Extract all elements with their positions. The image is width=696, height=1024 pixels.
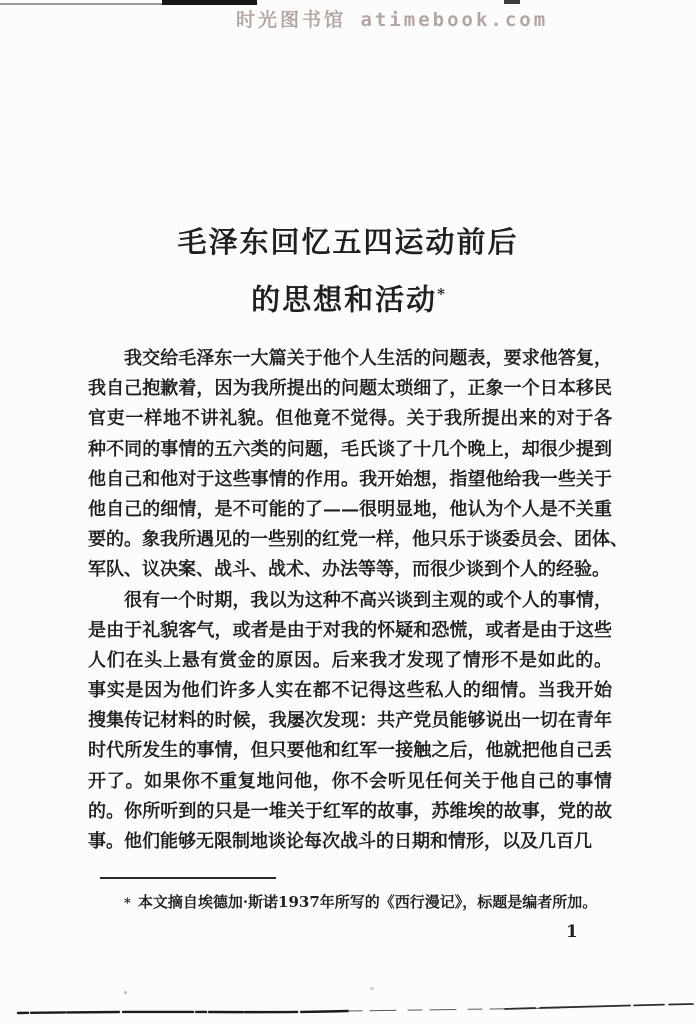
- body-line: 官吏一样地不讲礼貌。但他竟不觉得。关于我所提出来的对于各: [88, 404, 612, 434]
- title-footnote-marker: *: [437, 285, 445, 303]
- body-line: 要的。象我所遇见的一些别的红党一样，他只乐于谈委员会、团体、: [88, 525, 612, 555]
- body-line: 人们在头上悬有赏金的原因。后来我才发现了情形不是如此的。: [88, 646, 612, 676]
- body-line: 是由于礼貌客气，或者是由于对我的怀疑和恐慌，或者是由于这些: [88, 616, 612, 646]
- page-number: 1: [566, 922, 578, 942]
- body-line: 种不同的事情的五六类的问题，毛氏谈了十几个晚上，却很少提到: [88, 435, 612, 465]
- body-line: 开了。如果你不重复地问他，你不会听见任何关于他自己的事情: [88, 767, 612, 797]
- body-line: 军队、议决案、战斗、战术、办法等等，而很少谈到个人的经验。: [88, 555, 612, 585]
- footnote: *本文摘自埃德加·斯诺1937年所写的《西行漫记》，标题是编者所加。: [124, 891, 604, 915]
- body-line: 的。你所听到的只是一堆关于红军的故事，苏维埃的故事，党的故: [88, 797, 612, 827]
- scan-artifact-top-mark: [504, 0, 520, 4]
- body-line: 他自己的细情，是不可能的了——很明显地，他认为个人是不关重: [88, 495, 612, 525]
- body-line: 他自己和他对于这些事情的作用。我开始想，指望他给我一些关于: [88, 465, 612, 495]
- footnote-divider: [100, 877, 276, 879]
- footnote-text: 本文摘自埃德加·斯诺1937年所写的《西行漫记》，标题是编者所加。: [138, 893, 597, 911]
- watermark-header: 时光图书馆 atimebook.com: [236, 5, 548, 32]
- scan-artifact-bottom-edge: [0, 996, 696, 1022]
- body-line: 我自己抱歉着，因为我所提出的问题太琐细了，正象一个日本移民: [88, 374, 612, 404]
- article-title: 毛泽东回忆五四运动前后 的思想和活动*: [0, 216, 696, 326]
- footnote-marker: *: [124, 896, 131, 911]
- body-line: 搜集传记材料的时候，我屡次发现：共产党员能够说出一切在青年: [88, 706, 612, 736]
- body-text: 我交给毛泽东一大篇关于他个人生活的问题表，要求他答复， 我自己抱歉着，因为我所提…: [88, 344, 612, 857]
- body-line: 很有一个时期，我以为这种不高兴谈到主观的或个人的事情，: [88, 586, 612, 616]
- scanned-book-page: 时光图书馆 atimebook.com 毛泽东回忆五四运动前后 的思想和活动* …: [0, 0, 696, 1024]
- body-line: 时代所发生的事情，但只要他和红军一接触之后，他就把他自己丢: [88, 736, 612, 766]
- scan-speck: [370, 987, 374, 990]
- scan-speck: [124, 991, 127, 994]
- article-title-line1: 毛泽东回忆五四运动前后: [0, 216, 696, 268]
- article-title-line2: 的思想和活动*: [0, 268, 696, 326]
- body-line: 事实是因为他们许多人实在都不记得这些私人的细情。当我开始: [88, 676, 612, 706]
- body-line: 事。他们能够无限制地谈论每次战斗的日期和情形，以及几百几: [88, 827, 612, 857]
- body-line: 我交给毛泽东一大篇关于他个人生活的问题表，要求他答复，: [88, 344, 612, 374]
